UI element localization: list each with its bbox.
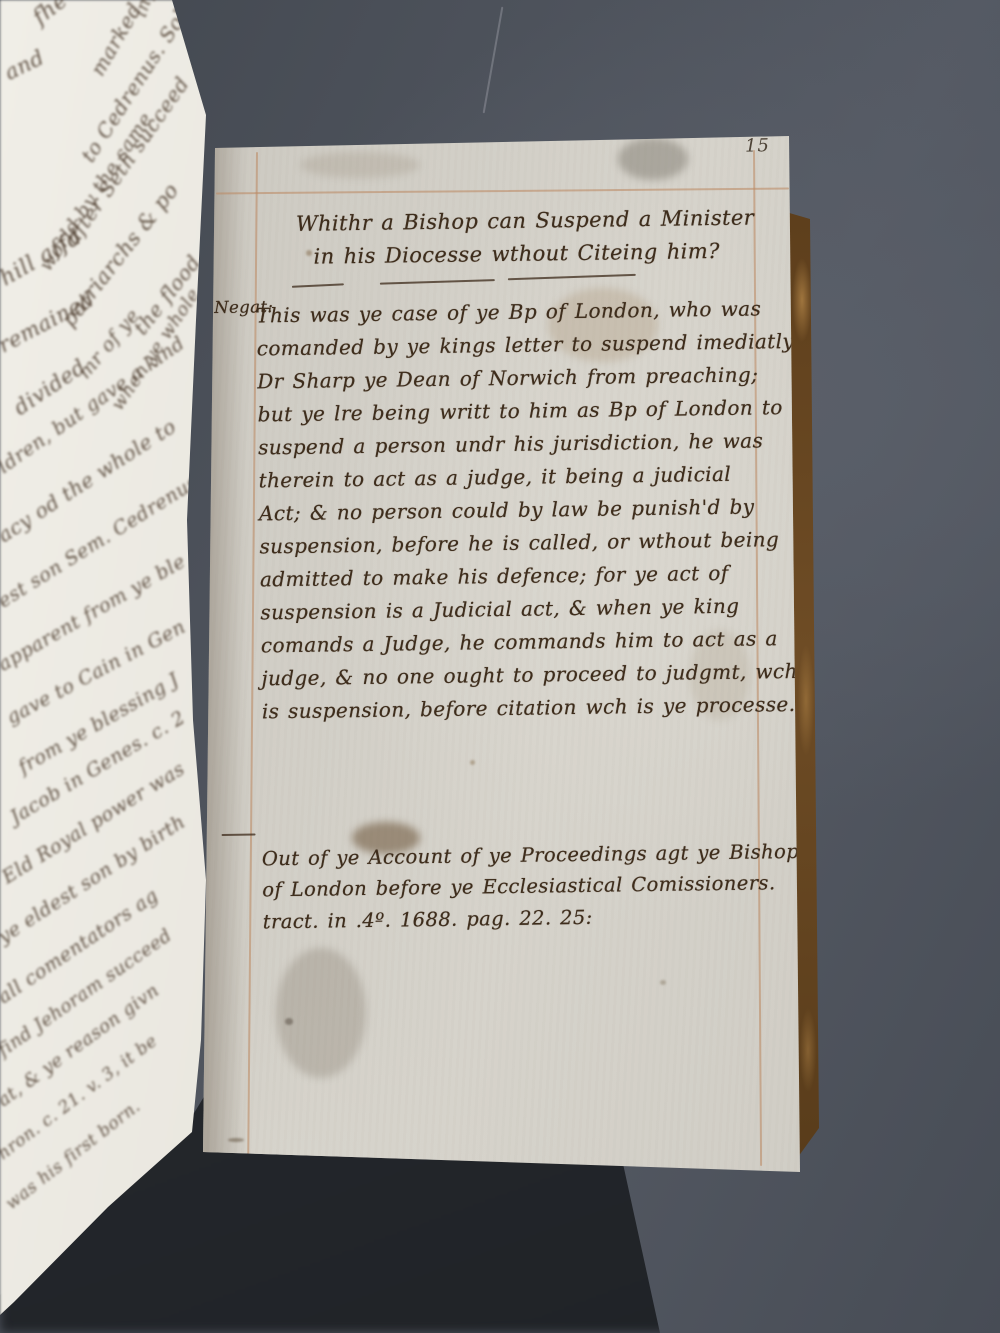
body-line: comands a Judge, he commands him to act … (261, 626, 778, 657)
citation-line: tract. in .4º. 1688. pag. 22. 25: (263, 906, 593, 934)
verso-text-fragment: est son Sem. Cedrenus (0, 471, 202, 612)
heading-line: Whithr a Bishop can Suspend a Minister (296, 205, 754, 235)
verso-text-fragment: hill affd (0, 225, 86, 292)
body-line: judge, & no one ought to proceed to judg… (261, 659, 798, 690)
backdrop-scratch (483, 7, 504, 114)
body-line: suspend a person undr his jurisdiction, … (258, 428, 763, 459)
citation-line: Out of ye Account of ye Proceedings agt … (262, 840, 800, 870)
body-line: Act; & no person could by law be punish'… (259, 495, 755, 526)
body-line: admitted to make his defence; for ye act… (260, 561, 729, 592)
citation-dash (222, 834, 256, 836)
manuscript-photo: 15 Whithr a Bishop can Suspend a Ministe… (0, 0, 1000, 1333)
heading-underline (380, 279, 495, 285)
verso-text-fragment: apparent from ye ble (0, 550, 189, 675)
body-line: suspension, before he is called, or wtho… (259, 527, 779, 558)
verso-text-fragment: fhe (28, 0, 72, 30)
heading-line: in his Diocesse wthout Citeing him? (313, 239, 720, 269)
heading-underline (508, 274, 636, 280)
verso-text-fragment: remained (0, 287, 98, 357)
body-line: suspension is a Judicial act, & when ye … (260, 594, 739, 625)
citation-line: of London before ye Ecclesiastical Comis… (262, 871, 775, 901)
body-line: This was ye case of ye Bp of London, who… (256, 296, 761, 327)
body-line: therein to act as a judge, it being a ju… (258, 462, 731, 493)
body-line: is suspension, before citation wch is ye… (262, 692, 796, 723)
body-line: comanded by ye kings letter to suspend i… (257, 329, 795, 361)
body-line: but ye lre being writt to him as Bp of L… (258, 395, 783, 426)
verso-text-fragment: and (1, 45, 48, 85)
body-line: Dr Sharp ye Dean of Norwich from preachi… (257, 362, 758, 393)
heading-underline (292, 283, 344, 288)
verso-text-fragment: acy od the whole to (0, 414, 180, 547)
folio-number: 15 (745, 135, 770, 156)
